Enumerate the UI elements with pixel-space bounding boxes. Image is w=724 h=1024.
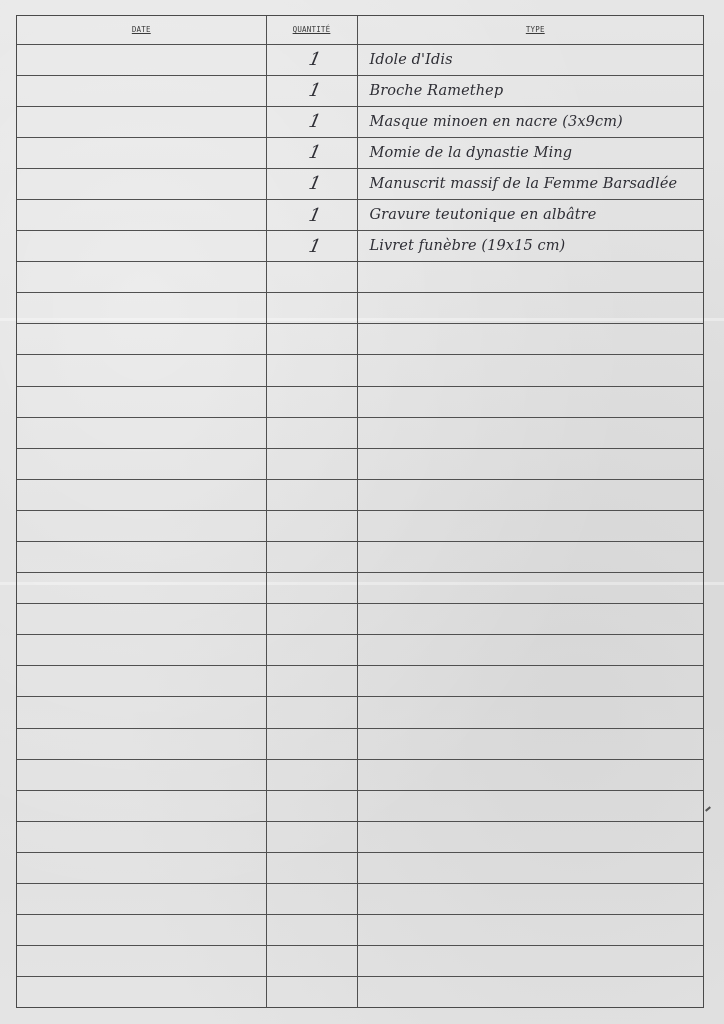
quantity-value: 1 — [301, 236, 323, 257]
cell-type: Broche Ramethep — [357, 75, 703, 106]
cell-date — [17, 262, 266, 293]
cell-quantity — [266, 821, 357, 852]
column-header-quantity: QUANTITÉ — [266, 16, 357, 44]
cell-date — [17, 790, 266, 821]
table-row — [17, 977, 703, 1008]
cell-quantity — [266, 666, 357, 697]
cell-date — [17, 44, 266, 75]
cell-quantity — [266, 479, 357, 510]
table-row — [17, 417, 703, 448]
cell-type — [357, 790, 703, 821]
cell-quantity — [266, 728, 357, 759]
cell-quantity — [266, 977, 357, 1008]
inventory-table: DATE QUANTITÉ TYPE 1Idole d'Idis1Broche … — [17, 16, 703, 1008]
cell-date — [17, 915, 266, 946]
cell-date — [17, 759, 266, 790]
cell-quantity — [266, 573, 357, 604]
cell-date — [17, 168, 266, 199]
quantity-value: 1 — [301, 49, 323, 70]
inventory-form: DATE QUANTITÉ TYPE 1Idole d'Idis1Broche … — [16, 15, 704, 1008]
cell-date — [17, 355, 266, 386]
cell-date — [17, 946, 266, 977]
table-row: 1Manuscrit massif de la Femme Barsadlée — [17, 168, 703, 199]
cell-type — [357, 946, 703, 977]
cell-quantity: 1 — [266, 168, 357, 199]
cell-type — [357, 852, 703, 883]
table-row — [17, 635, 703, 666]
cell-date — [17, 231, 266, 262]
cell-type: Momie de la dynastie Ming — [357, 137, 703, 168]
quantity-value: 1 — [301, 205, 323, 226]
cell-type: Masque minoen en nacre (3x9cm) — [357, 106, 703, 137]
quantity-value: 1 — [301, 80, 323, 101]
cell-type — [357, 759, 703, 790]
table-row — [17, 728, 703, 759]
cell-type: Livret funèbre (19x15 cm) — [357, 231, 703, 262]
cell-type: Gravure teutonique en albâtre — [357, 199, 703, 230]
cell-type — [357, 635, 703, 666]
table-row: 1Momie de la dynastie Ming — [17, 137, 703, 168]
cell-quantity: 1 — [266, 44, 357, 75]
cell-quantity — [266, 790, 357, 821]
table-row — [17, 697, 703, 728]
quantity-value: 1 — [301, 173, 323, 194]
cell-date — [17, 137, 266, 168]
cell-type — [357, 573, 703, 604]
table-row — [17, 324, 703, 355]
cell-date — [17, 479, 266, 510]
cell-type — [357, 542, 703, 573]
table-row — [17, 759, 703, 790]
cell-quantity — [266, 852, 357, 883]
cell-date — [17, 75, 266, 106]
cell-type — [357, 417, 703, 448]
cell-date — [17, 448, 266, 479]
cell-type — [357, 977, 703, 1008]
cell-date — [17, 977, 266, 1008]
cell-quantity — [266, 510, 357, 541]
cell-date — [17, 510, 266, 541]
table-row — [17, 915, 703, 946]
cell-quantity: 1 — [266, 106, 357, 137]
table-header-row: DATE QUANTITÉ TYPE — [17, 16, 703, 44]
cell-date — [17, 573, 266, 604]
table-row — [17, 821, 703, 852]
cell-type — [357, 884, 703, 915]
cell-date — [17, 666, 266, 697]
cell-type — [357, 604, 703, 635]
table-row — [17, 293, 703, 324]
cell-type — [357, 324, 703, 355]
table-row — [17, 790, 703, 821]
cell-quantity — [266, 324, 357, 355]
table-row — [17, 884, 703, 915]
cell-quantity — [266, 355, 357, 386]
cell-date — [17, 604, 266, 635]
cell-quantity — [266, 448, 357, 479]
cell-date — [17, 852, 266, 883]
cell-type — [357, 697, 703, 728]
cell-type — [357, 386, 703, 417]
table-row: 1Broche Ramethep — [17, 75, 703, 106]
cell-type: Idole d'Idis — [357, 44, 703, 75]
cell-date — [17, 106, 266, 137]
cell-type — [357, 728, 703, 759]
table-row — [17, 573, 703, 604]
cell-date — [17, 386, 266, 417]
cell-type: Manuscrit massif de la Femme Barsadlée — [357, 168, 703, 199]
cell-date — [17, 697, 266, 728]
quantity-value: 1 — [301, 142, 323, 163]
cell-date — [17, 417, 266, 448]
cell-date — [17, 293, 266, 324]
cell-quantity — [266, 697, 357, 728]
table-row — [17, 479, 703, 510]
stray-pen-mark — [705, 806, 711, 811]
cell-quantity — [266, 417, 357, 448]
cell-date — [17, 884, 266, 915]
cell-quantity — [266, 946, 357, 977]
table-row — [17, 386, 703, 417]
cell-type — [357, 510, 703, 541]
cell-date — [17, 821, 266, 852]
table-row — [17, 510, 703, 541]
cell-quantity — [266, 604, 357, 635]
cell-date — [17, 728, 266, 759]
table-row: 1Gravure teutonique en albâtre — [17, 199, 703, 230]
cell-quantity — [266, 915, 357, 946]
cell-date — [17, 635, 266, 666]
cell-quantity — [266, 262, 357, 293]
table-row — [17, 852, 703, 883]
cell-quantity — [266, 386, 357, 417]
cell-date — [17, 542, 266, 573]
table-row: 1Masque minoen en nacre (3x9cm) — [17, 106, 703, 137]
cell-quantity: 1 — [266, 75, 357, 106]
cell-quantity — [266, 635, 357, 666]
table-row — [17, 604, 703, 635]
column-header-date: DATE — [17, 16, 266, 44]
table-body: 1Idole d'Idis1Broche Ramethep1Masque min… — [17, 44, 703, 1008]
cell-type — [357, 262, 703, 293]
table-row — [17, 666, 703, 697]
cell-type — [357, 479, 703, 510]
cell-quantity: 1 — [266, 137, 357, 168]
quantity-value: 1 — [301, 111, 323, 132]
cell-quantity: 1 — [266, 199, 357, 230]
cell-quantity — [266, 759, 357, 790]
table-row — [17, 946, 703, 977]
cell-type — [357, 355, 703, 386]
cell-date — [17, 324, 266, 355]
table-row — [17, 542, 703, 573]
cell-type — [357, 293, 703, 324]
cell-type — [357, 915, 703, 946]
cell-quantity — [266, 293, 357, 324]
table-row — [17, 355, 703, 386]
cell-type — [357, 821, 703, 852]
cell-type — [357, 448, 703, 479]
cell-quantity — [266, 884, 357, 915]
cell-quantity: 1 — [266, 231, 357, 262]
cell-date — [17, 199, 266, 230]
table-row — [17, 262, 703, 293]
table-row: 1Idole d'Idis — [17, 44, 703, 75]
cell-quantity — [266, 542, 357, 573]
cell-type — [357, 666, 703, 697]
column-header-type: TYPE — [357, 16, 703, 44]
table-row: 1Livret funèbre (19x15 cm) — [17, 231, 703, 262]
table-row — [17, 448, 703, 479]
